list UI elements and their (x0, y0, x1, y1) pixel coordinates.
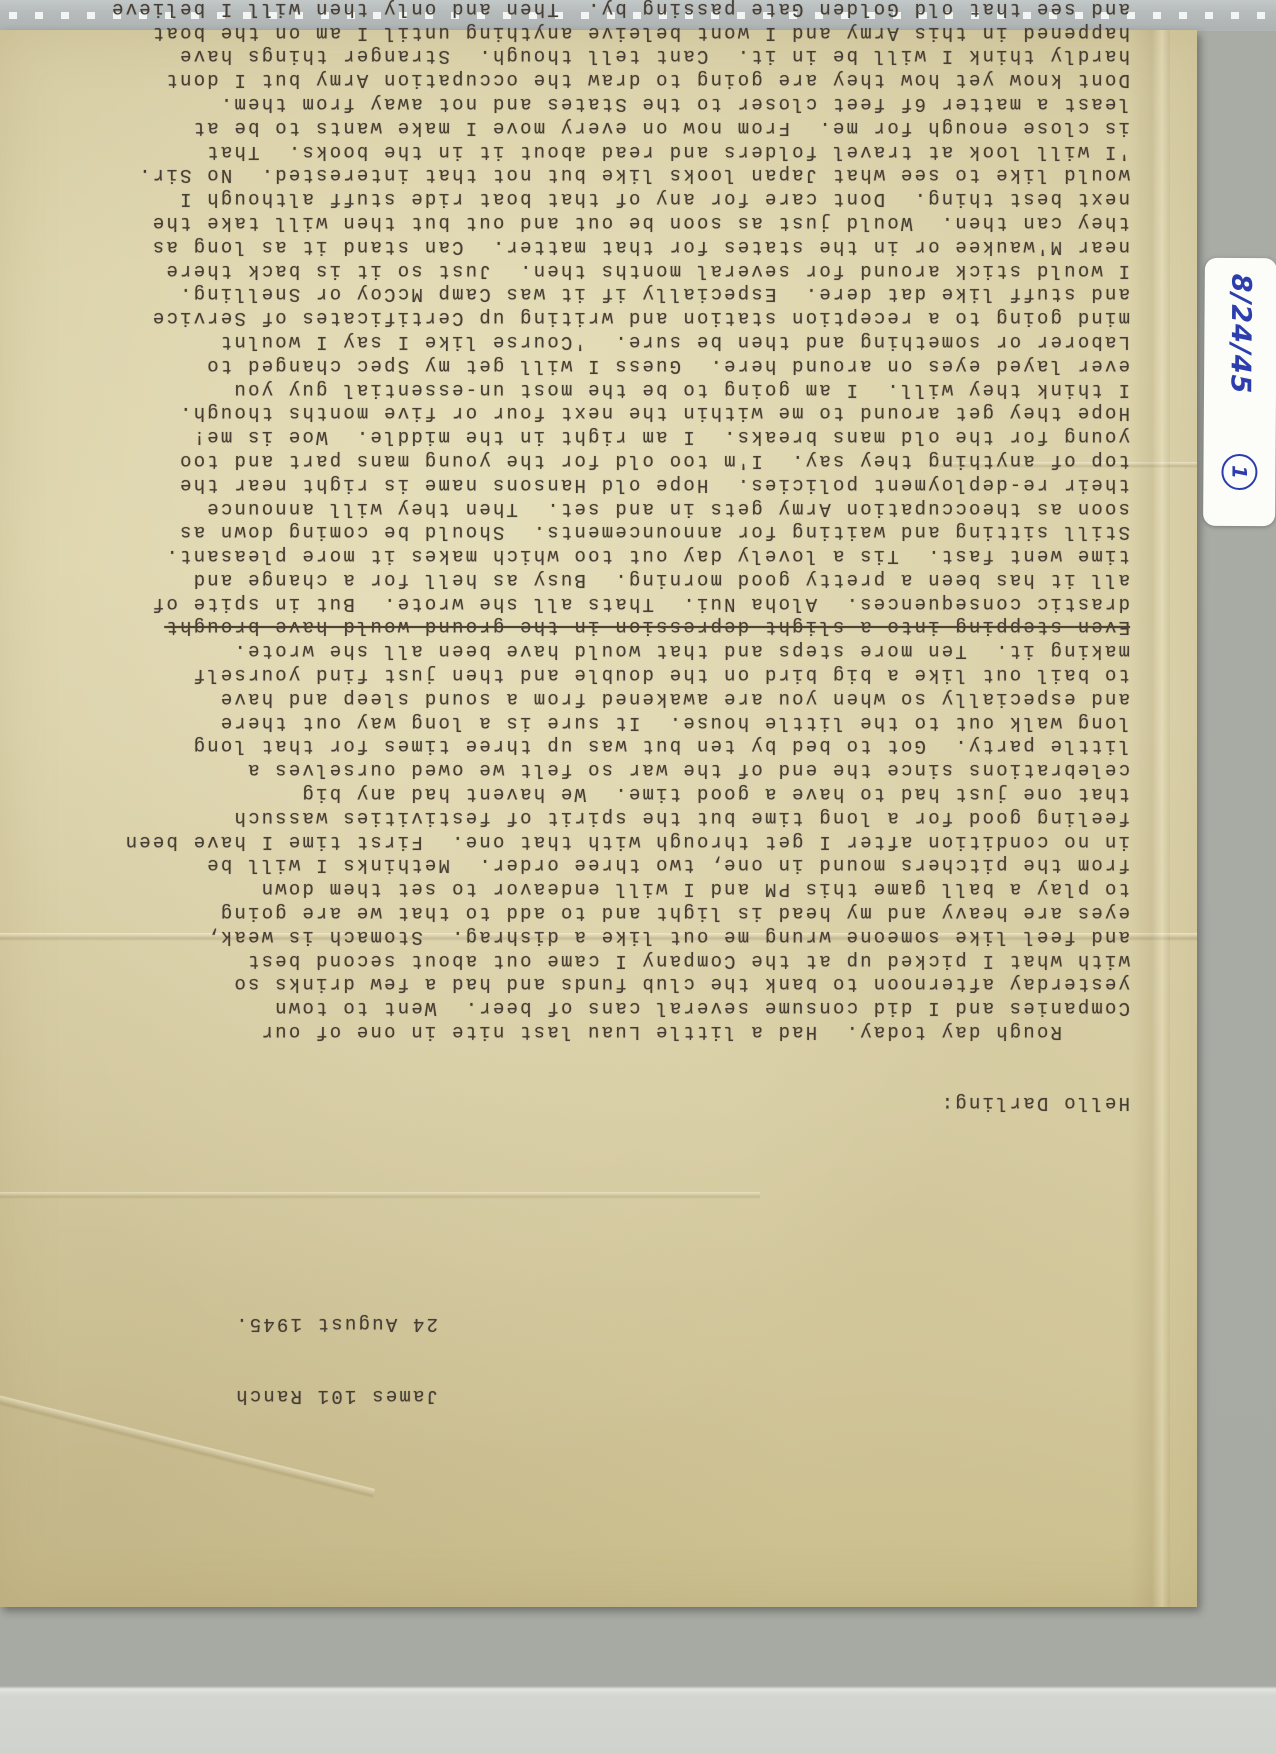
letter-line: Dont know yet how they are going to draw… (52, 67, 1130, 91)
label-handwritten-date: 8/24/45 (1224, 274, 1256, 395)
letter-line: Laborer or something and then be sure. '… (52, 329, 1130, 353)
letter-line: would like to see what Japan looks like … (52, 163, 1130, 187)
letter-line: hardly think I will be in it. Cant tell … (52, 44, 1130, 68)
letter-line: celebrations since the end of the war so… (52, 757, 1130, 781)
letter-line: feeling good for a long time but the spi… (52, 805, 1130, 829)
letter-line: long walk out to the little house. It su… (52, 710, 1130, 734)
letter-line: to bail out like a big bird on the doubl… (52, 662, 1130, 686)
letter-line: ever layed eyes on around here. Guess I … (52, 353, 1130, 377)
scanned-letter-page: { "colors": { "paper": "#dbd2aa", "typew… (0, 0, 1276, 1754)
letter-line: making it. Ten more steps and that would… (52, 639, 1130, 663)
letter-line: mind going to a reception station and wr… (52, 305, 1130, 329)
letter-body: Rough day today. Had a little Luau last … (52, 0, 1130, 1043)
letter-line: all it has been a pretty good morning. B… (52, 567, 1130, 591)
letter-line: and especially so when you are awakened … (52, 686, 1130, 710)
heading-ranch-line: James 101 Ranch (52, 1383, 438, 1407)
letter-line: drastic consequences. Aloha Nui. Thats a… (52, 591, 1130, 615)
letter-paper-sheet: James 101 Ranch 24 August 1945. Hello Da… (0, 30, 1197, 1607)
label-page-number-circle: 1 (1221, 454, 1257, 490)
letter-line: they can then. Would just as soon be out… (52, 210, 1130, 234)
letter-line: their re-deployment policies. Hope old H… (52, 472, 1130, 496)
letter-line: Rough day today. Had a little Luau last … (52, 1019, 1130, 1043)
letter-line: Still sitting and waiting for announceme… (52, 520, 1130, 544)
typed-letter-content: James 101 Ranch 24 August 1945. Hello Da… (52, 50, 1130, 1502)
letter-line: and feel like someone wrung me out like … (52, 924, 1130, 948)
letter-line: Even stepping into a slight depression i… (52, 615, 1130, 639)
letter-line: least a matter 6f feet closer to the Sta… (52, 91, 1130, 115)
letter-line: time went fast. Tis a lovely day out too… (52, 543, 1130, 567)
salutation: Hello Darling: (52, 1091, 1130, 1115)
paper-fold-crease (1130, 30, 1170, 1607)
letter-line: Companies and I did consume several cans… (52, 995, 1130, 1019)
letter-line: Hope they get around to me within the ne… (52, 401, 1130, 425)
letter-line: happened in this Army and I wont beleive… (52, 20, 1130, 44)
letter-line: little party. Got to bed by ten but was … (52, 734, 1130, 758)
letter-line: soon as theoccupation Army gets in and s… (52, 496, 1130, 520)
letter-line: I think they will. I am going to be the … (52, 377, 1130, 401)
letter-line: from the pitchers mound in one, two thre… (52, 853, 1130, 877)
letter-line: with what I picked up at the Company I c… (52, 948, 1130, 972)
letter-line: eyes are heavy and my head is light and … (52, 900, 1130, 924)
letter-line: in no condition after I get through with… (52, 829, 1130, 853)
letter-line: next best thing. Dont care for any of th… (52, 186, 1130, 210)
letter-line: near M'waukee or in the states for that … (52, 234, 1130, 258)
letter-line: 'I will look at travel folders and read … (52, 139, 1130, 163)
letter-line: is close enough for me. From now on ever… (52, 115, 1130, 139)
label-page-number: 1 (1227, 465, 1251, 479)
letter-line: and see that old Golden Gate passing by.… (52, 0, 1130, 20)
letter-line: top of anything they say. I'm too old fo… (52, 448, 1130, 472)
letter-line: young for the old mans breaks. I am righ… (52, 424, 1130, 448)
letter-line: yesterday afternoon to bank the club fun… (52, 972, 1130, 996)
archival-label: 8/24/45 1 (1203, 258, 1276, 526)
letter-heading: James 101 Ranch 24 August 1945. (52, 1264, 438, 1454)
letter-line: and stuff like dat dere. Especially if i… (52, 282, 1130, 306)
heading-date-line: 24 August 1945. (52, 1312, 438, 1336)
letter-line: to play a ball game this PM and I will e… (52, 876, 1130, 900)
letter-line: I would stick around for several months … (52, 258, 1130, 282)
letter-line: that one just had to have a good time. W… (52, 781, 1130, 805)
